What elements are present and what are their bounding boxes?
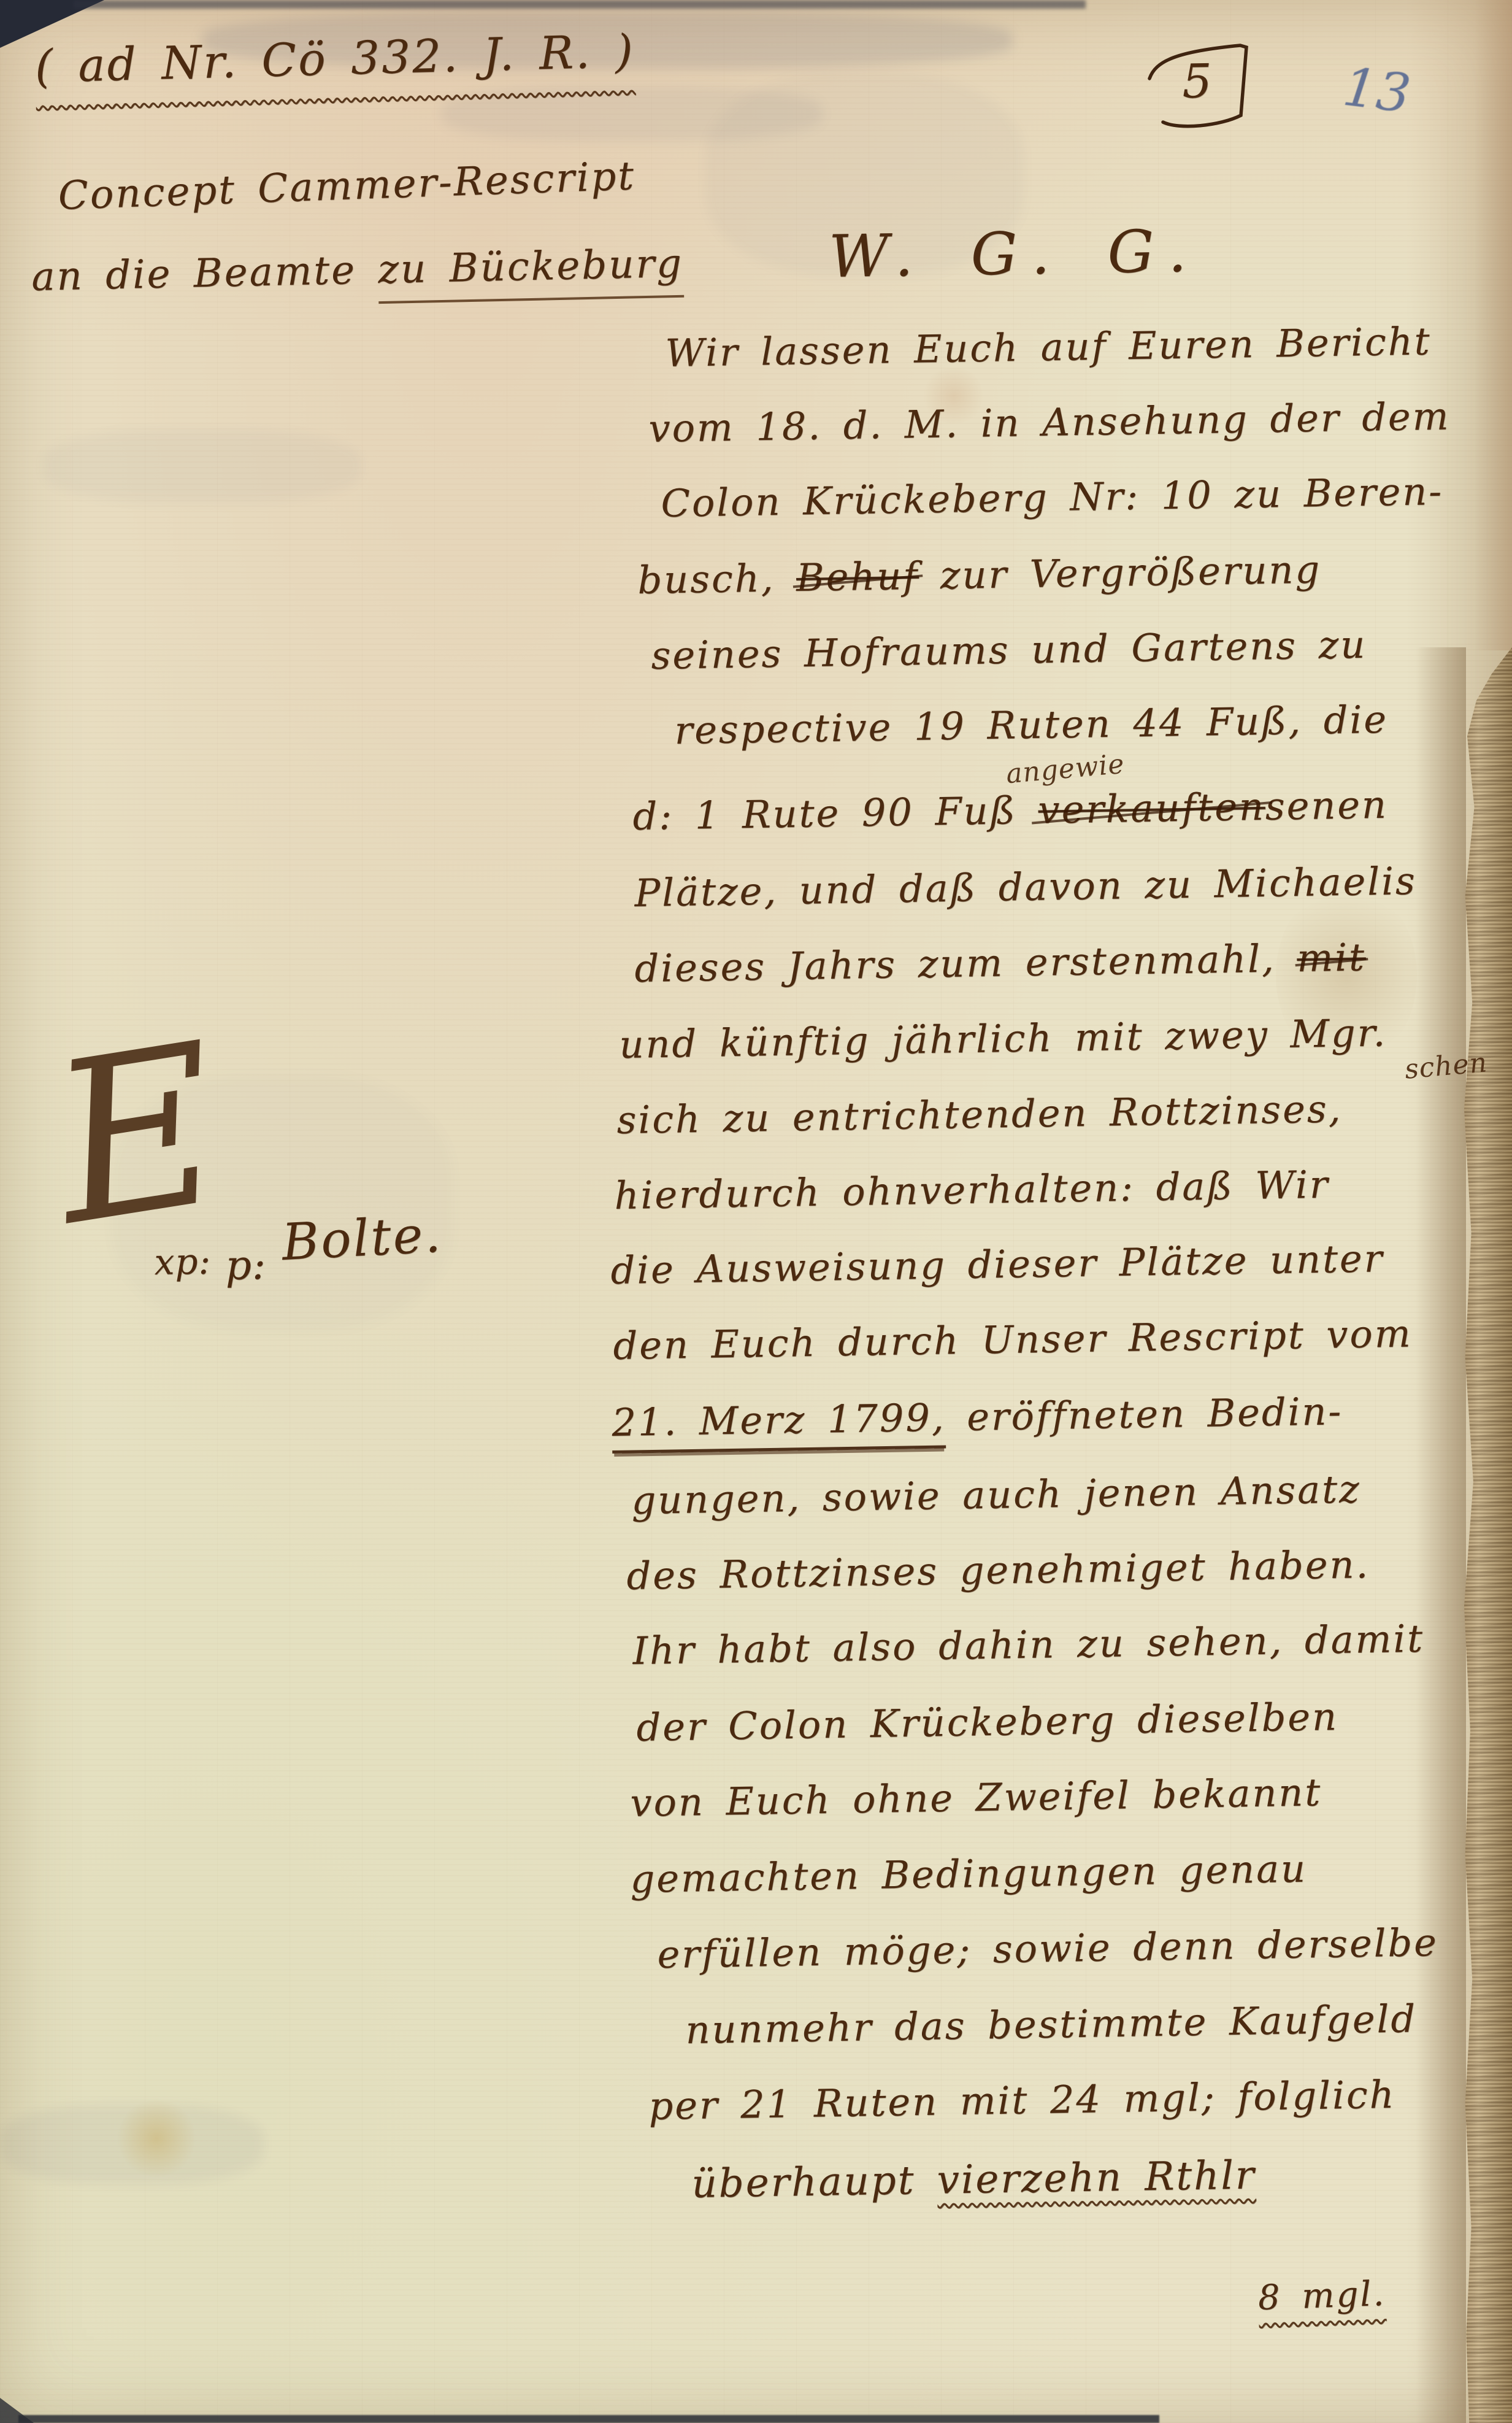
body-line: sich zu entrichtenden Rottzinses, <box>616 1090 1343 1139</box>
catchword: 8 mgl. <box>1257 2277 1386 2316</box>
body-line: dieses Jahrs zum erstenmahl, mit <box>634 938 1366 988</box>
body-line: respective 19 Ruten 44 Fuß, die <box>674 701 1388 750</box>
body-line: per 21 Ruten mit 24 mgl; folglich <box>648 2076 1396 2125</box>
body-line: und künftig jährlich mit zwey Mgr. <box>619 1014 1387 1064</box>
dispatch-per: p: <box>225 1245 267 1286</box>
body-line: von Euch ohne Zweifel bekannt <box>630 1773 1322 1822</box>
line-segment: busch, <box>637 555 797 603</box>
salutation: W. G. G. <box>829 222 1203 287</box>
struck-word: verkauften <box>1038 784 1265 833</box>
document-title-line2-underlined: zu Bückeburg <box>377 241 684 304</box>
body-line: seines Hofraums und Gartens zu <box>651 626 1367 675</box>
fore-edge-top <box>1475 0 1512 650</box>
struck-word: mit <box>1297 934 1367 980</box>
document-scan: ( ad Nr. Cö 332. J. R. ) 5 13 Concept Ca… <box>0 0 1512 2423</box>
body-line: des Rottzinses genehmiget haben. <box>626 1546 1370 1595</box>
body-line: Plätze, und daß davon zu Michaelis <box>634 862 1417 912</box>
body-line: Colon Krückeberg Nr: 10 zu Beren- <box>661 472 1444 523</box>
line-segment: eröffneten Bedin- <box>945 1389 1343 1439</box>
body-line: busch, Behuf zur Vergrößerung <box>637 551 1321 599</box>
body-line: überhaupt vierzehn Rthlr <box>691 2156 1256 2204</box>
body-line: d: 1 Rute 90 Fuß verkauftensenen <box>632 786 1388 836</box>
document-title-line2: an die Beamte <box>31 247 378 300</box>
body-line: Wir lassen Euch auf Euren Bericht <box>665 322 1432 372</box>
body-line: gungen, sowie auch jenen Ansatz <box>631 1470 1361 1520</box>
scan-edge-top <box>74 0 1086 9</box>
line-segment: zur Vergrößerung <box>918 547 1321 598</box>
body-line: die Ausweisung dieser Plätze unter <box>610 1239 1384 1290</box>
dispatch-clerk-name: Bolte. <box>281 1209 443 1268</box>
line-segment: überhaupt <box>691 2158 937 2207</box>
page-number: 5 <box>1182 58 1213 105</box>
body-line: Ihr habt also dahin zu sehen, damit <box>632 1620 1424 1670</box>
underlined-sum: vierzehn Rthlr <box>937 2153 1256 2203</box>
page-edge-shadow <box>1416 647 1466 2423</box>
body-line: erfüllen möge; sowie denn derselbe <box>657 1924 1438 1974</box>
body-line: gemachten Bedingungen genau <box>630 1850 1307 1898</box>
body-line: 21. Merz 1799, eröffneten Bedin- <box>612 1392 1343 1442</box>
scan-edge-bottom <box>18 2415 1159 2423</box>
body-line: nunmehr das bestimmte Kaufgeld <box>685 2000 1417 2049</box>
body-line: hierdurch ohnverhalten: daß Wir <box>614 1166 1330 1215</box>
foliation-number-pencil: 13 <box>1340 61 1413 121</box>
dispatch-xp: xp: <box>154 1244 211 1280</box>
underlined-date: 21. Merz 1799, <box>612 1395 946 1454</box>
line-segment: d: 1 Rute 90 Fuß <box>632 788 1038 839</box>
body-line: der Colon Krückeberg dieselben <box>636 1698 1338 1747</box>
line-segment: senen <box>1265 782 1388 829</box>
struck-word: Behuf <box>796 553 919 600</box>
